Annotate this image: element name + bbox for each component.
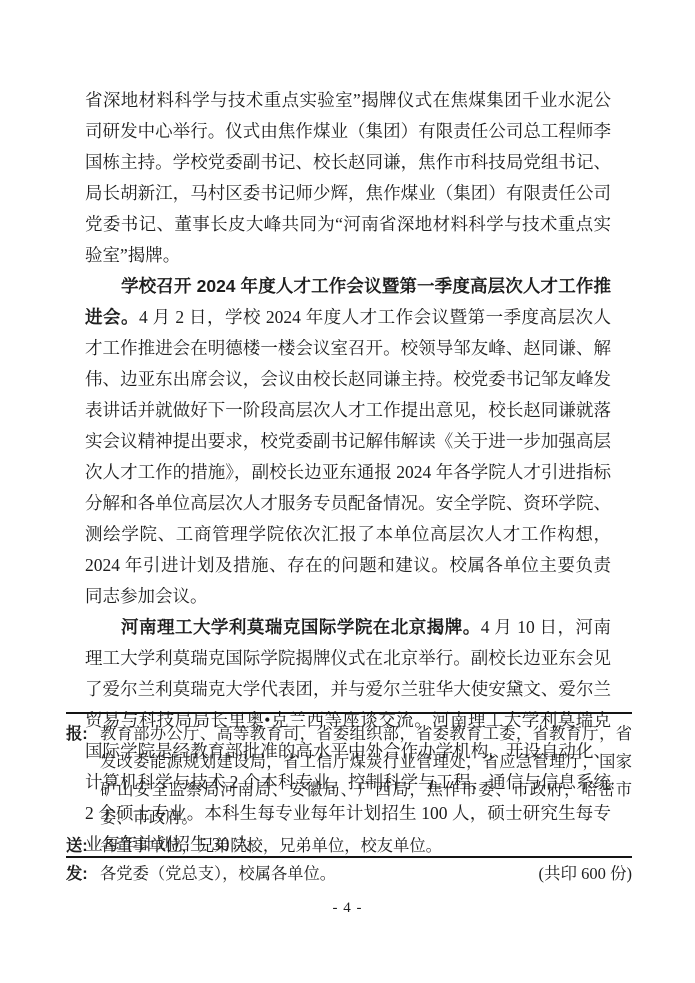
distribution-row-report: 报: 教育部办公厅、高等教育司，省委组织部，省委教育工委，省教育厅，省发改委能源… bbox=[66, 720, 632, 832]
paragraph-text: 省深地材料科学与技术重点实验室”揭牌仪式在焦煤集团千业水泥公司研发中心举行。仪式… bbox=[85, 90, 611, 265]
divider-top bbox=[66, 712, 632, 714]
distribution-label-report: 报: bbox=[66, 720, 100, 832]
paragraph-heading: 河南理工大学利莫瑞克国际学院在北京揭牌。 bbox=[121, 617, 481, 637]
paragraph-talent-meeting: 学校召开 2024 年度人才工作会议暨第一季度高层次人才工作推进会。4 月 2 … bbox=[85, 271, 611, 612]
distribution-list: 报: 教育部办公厅、高等教育司，省委组织部，省委教育工委，省教育厅，省发改委能源… bbox=[66, 720, 632, 888]
distribution-text-report: 教育部办公厅、高等教育司，省委组织部，省委教育工委，省教育厅，省发改委能源规划建… bbox=[100, 720, 632, 832]
divider-bottom bbox=[66, 856, 632, 858]
paragraph-text: 4 月 2 日，学校 2024 年度人才工作会议暨第一季度高层次人才工作推进会在… bbox=[85, 307, 611, 606]
document-page: 省深地材料科学与技术重点实验室”揭牌仪式在焦煤集团千业水泥公司研发中心举行。仪式… bbox=[0, 0, 695, 983]
print-count: (共印 600 份) bbox=[539, 866, 633, 883]
paragraph-lab-unveiling-continuation: 省深地材料科学与技术重点实验室”揭牌仪式在焦煤集团千业水泥公司研发中心举行。仪式… bbox=[85, 85, 611, 271]
distribution-label-issue: 发: bbox=[66, 860, 100, 888]
page-number: - 4 - bbox=[0, 901, 695, 916]
